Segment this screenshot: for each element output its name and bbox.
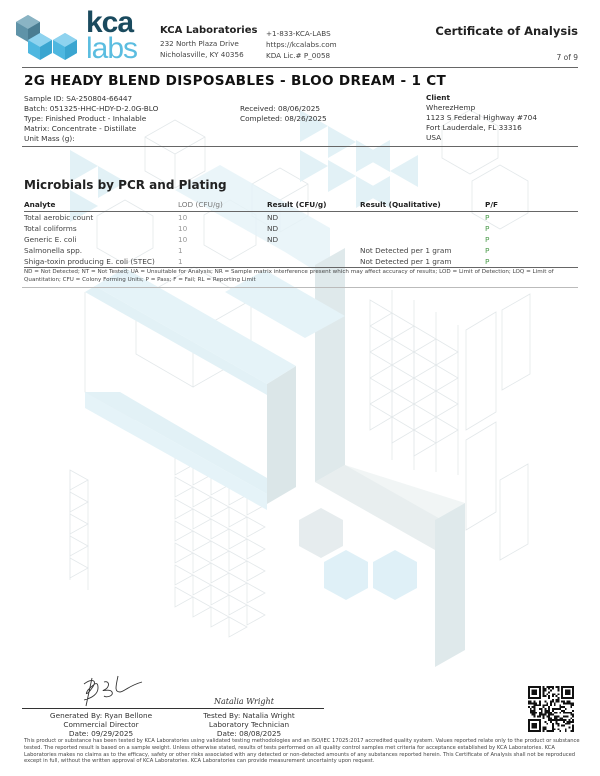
lod-cell: 1 [178, 256, 267, 268]
col-pf: P/F [485, 200, 578, 211]
logo-labs-text: labs [86, 38, 137, 60]
result-cell [267, 245, 360, 256]
pass-fail-cell: P [485, 245, 578, 256]
sample-id: Sample ID: SA-250804-66447 [24, 94, 158, 104]
qualitative-cell [360, 223, 485, 234]
lab-address-line1: 232 North Plaza Drive [160, 38, 257, 49]
qualitative-cell [360, 211, 485, 223]
signature-generated-by: Generated By: Ryan Bellone Commercial Di… [22, 672, 180, 738]
result-cell: ND [267, 211, 360, 223]
svg-text:Natalia Wright: Natalia Wright [213, 697, 275, 706]
client-address1: 1123 S Federal Highway #704 [426, 113, 537, 123]
lab-name: KCA Laboratories [160, 25, 257, 37]
lab-license: KDA Lic.# P_0058 [266, 50, 337, 61]
kca-labs-logo: kca labs [86, 12, 137, 60]
client-name: WherezHemp [426, 103, 537, 113]
microbials-table: Analyte LOD (CFU/g) Result (CFU/g) Resul… [24, 200, 578, 268]
pass-fail-cell: P [485, 211, 578, 223]
result-cell: ND [267, 223, 360, 234]
table-row: Shiga-toxin producing E. coli (STEC)1Not… [24, 256, 578, 268]
qualitative-cell: Not Detected per 1 gram [360, 245, 485, 256]
signature-image [22, 672, 180, 708]
sample-info: Sample ID: SA-250804-66447 Batch: 051325… [24, 94, 158, 144]
lab-contact: +1-833-KCA-LABS https://kcalabs.com KDA … [266, 28, 337, 61]
signature-tested-by: Natalia Wright Tested By: Natalia Wright… [174, 672, 324, 738]
product-title: 2G HEADY BLEND DISPOSABLES - BLOO DREAM … [24, 73, 446, 89]
table-row: Generic E. coli10NDP [24, 234, 578, 245]
section-title: Microbials by PCR and Plating [24, 178, 227, 192]
signature-image: Natalia Wright [174, 672, 324, 708]
lab-address-line2: Nicholasville, KY 40356 [160, 49, 257, 60]
col-qualitative: Result (Qualitative) [360, 200, 485, 211]
qualitative-cell [360, 234, 485, 245]
analyte-cell: Total coliforms [24, 223, 178, 234]
received-date: Received: 08/06/2025 [240, 104, 327, 114]
info-divider [22, 146, 578, 147]
tested-by-title: Laboratory Technician [174, 720, 324, 729]
generated-by-date: Date: 09/29/2025 [22, 729, 180, 738]
matrix: Matrix: Concentrate - Distillate [24, 124, 158, 134]
lod-cell: 1 [178, 245, 267, 256]
result-cell [267, 256, 360, 268]
lod-cell: 10 [178, 211, 267, 223]
page-number: 7 of 9 [556, 53, 578, 62]
col-analyte: Analyte [24, 200, 178, 211]
analyte-cell: Salmonella spp. [24, 245, 178, 256]
lod-cell: 10 [178, 234, 267, 245]
batch: Batch: 051325-HHC-HDY-D-2.0G-BLO [24, 104, 158, 114]
generated-by-title: Commercial Director [22, 720, 180, 729]
abbreviation-legend: ND = Not Detected; NT = Not Tested; UA =… [24, 268, 578, 284]
table-header-row: Analyte LOD (CFU/g) Result (CFU/g) Resul… [24, 200, 578, 211]
tested-by-name: Tested By: Natalia Wright [174, 711, 324, 720]
col-lod: LOD (CFU/g) [178, 200, 267, 211]
stacked-cubes-icon [14, 13, 78, 63]
col-result: Result (CFU/g) [267, 200, 360, 211]
pass-fail-cell: P [485, 223, 578, 234]
completed-date: Completed: 08/26/2025 [240, 114, 327, 124]
product-type: Type: Finished Product - Inhalable [24, 114, 158, 124]
result-cell: ND [267, 234, 360, 245]
client-country: USA [426, 133, 537, 143]
pass-fail-cell: P [485, 256, 578, 268]
client-label: Client [426, 93, 537, 103]
client-info: Client WherezHemp 1123 S Federal Highway… [426, 93, 537, 143]
client-address2: Fort Lauderdale, FL 33316 [426, 123, 537, 133]
lab-info: KCA Laboratories 232 North Plaza Drive N… [160, 25, 257, 60]
table-row: Total coliforms10NDP [24, 223, 578, 234]
analyte-cell: Shiga-toxin producing E. coli (STEC) [24, 256, 178, 268]
analyte-cell: Generic E. coli [24, 234, 178, 245]
header-divider [22, 67, 578, 68]
qualitative-cell: Not Detected per 1 gram [360, 256, 485, 268]
disclaimer: This product or substance has been teste… [24, 738, 580, 765]
unit-mass: Unit Mass (g): [24, 134, 158, 144]
analyte-cell: Total aerobic count [24, 211, 178, 223]
lab-phone: +1-833-KCA-LABS [266, 28, 337, 39]
lod-cell: 10 [178, 223, 267, 234]
legend-divider [22, 287, 578, 288]
tested-by-date: Date: 08/08/2025 [174, 729, 324, 738]
lab-website: https://kcalabs.com [266, 39, 337, 50]
dates: Received: 08/06/2025 Completed: 08/26/20… [240, 104, 327, 124]
generated-by-name: Generated By: Ryan Bellone [22, 711, 180, 720]
pass-fail-cell: P [485, 234, 578, 245]
table-row: Total aerobic count10NDP [24, 211, 578, 223]
qr-code-icon[interactable] [528, 686, 574, 732]
table-row: Salmonella spp.1Not Detected per 1 gramP [24, 245, 578, 256]
document-title: Certificate of Analysis [435, 24, 578, 38]
